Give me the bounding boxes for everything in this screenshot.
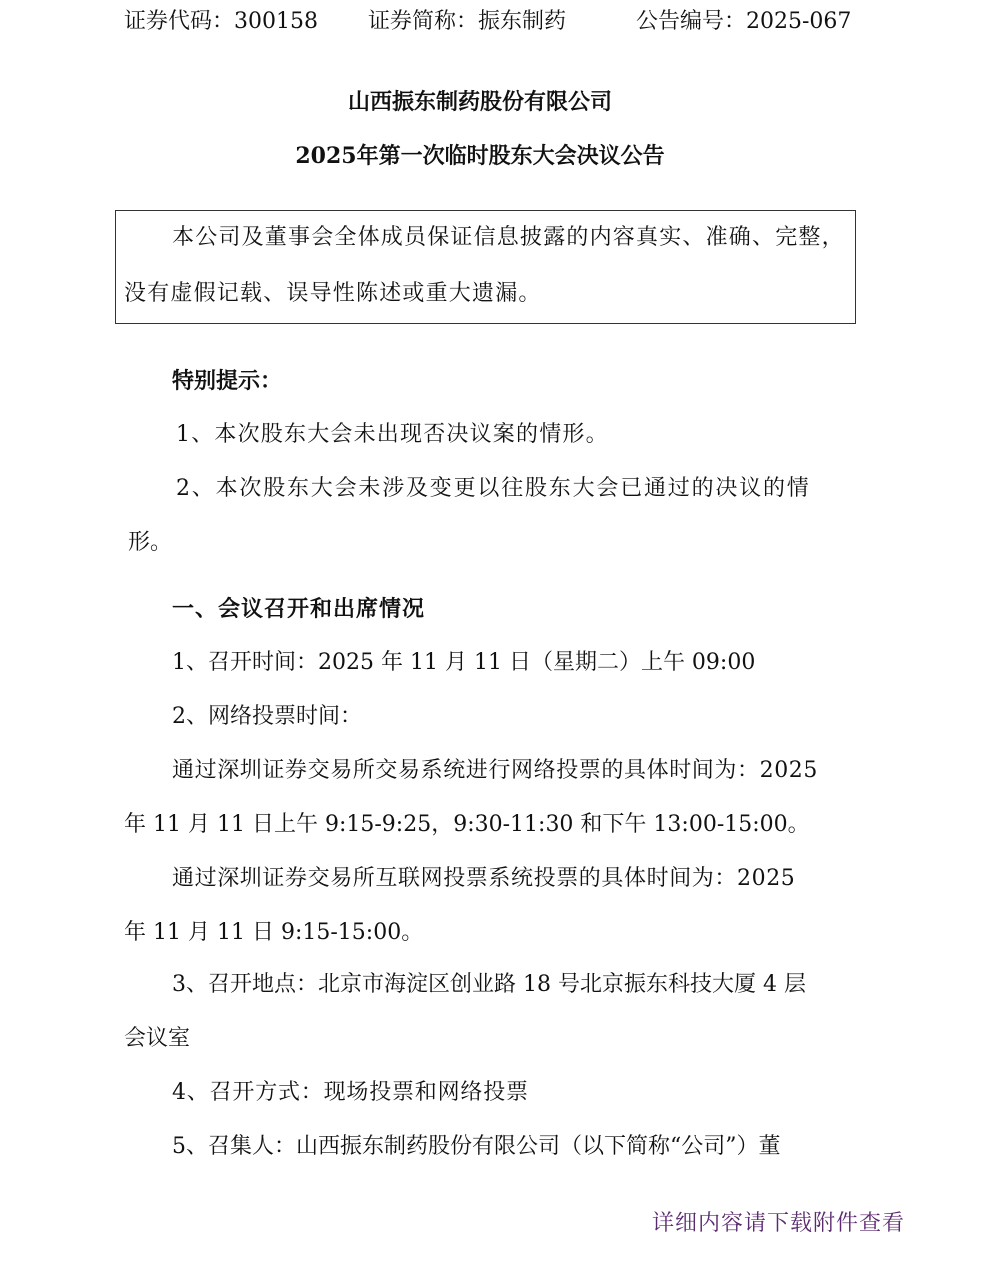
announcement-number: 公告编号：2025-067: [636, 6, 851, 38]
internet-voting-line-1: 通过深圳证券交易所互联网投票系统投票的具体时间为：2025: [172, 864, 795, 894]
download-attachment-link[interactable]: 详细内容请下载附件查看: [652, 1208, 905, 1240]
security-code: 证券代码：300158: [124, 6, 318, 38]
online-voting-time-label: 2、网络投票时间：: [172, 702, 362, 732]
special-notes-heading: 特别提示：: [172, 366, 282, 396]
disclosure-notice-box: 本公司及董事会全体成员保证信息披露的内容真实、准确、完整， 没有虚假记载、误导性…: [115, 210, 856, 324]
section-1-heading: 一、会议召开和出席情况: [172, 594, 425, 624]
special-note-2-line-1: 2、本次股东大会未涉及变更以往股东大会已通过的决议的情: [176, 474, 811, 504]
notice-line-1: 本公司及董事会全体成员保证信息披露的内容真实、准确、完整，: [172, 223, 845, 253]
meeting-location-line-1: 3、召开地点：北京市海淀区创业路 18 号北京振东科技大厦 4 层: [172, 970, 806, 1000]
security-name: 证券简称：振东制药: [368, 6, 566, 38]
meeting-method: 4、召开方式：现场投票和网络投票: [172, 1078, 529, 1108]
meeting-time: 1、召开时间：2025 年 11 月 11 日（星期二）上午 09:00: [172, 648, 755, 678]
special-note-2-line-2: 形。: [128, 528, 172, 558]
company-title: 山西振东制药股份有限公司: [0, 86, 960, 118]
internet-voting-line-2: 年 11 月 11 日 9:15-15:00。: [124, 918, 423, 948]
document-header: 证券代码：300158 证券简称：振东制药 公告编号：2025-067: [124, 6, 844, 38]
document-title: 2025年第一次临时股东大会决议公告: [0, 140, 960, 172]
notice-line-2: 没有虚假记载、误导性陈述或重大遗漏。: [124, 279, 542, 309]
convener-line-1: 5、召集人：山西振东制药股份有限公司（以下简称“公司”）董: [172, 1132, 781, 1162]
trading-system-voting-line-2: 年 11 月 11 日上午 9:15-9:25，9:30-11:30 和下午 1…: [124, 810, 810, 840]
special-note-1: 1、本次股东大会未出现否决议案的情形。: [176, 420, 609, 450]
trading-system-voting-line-1: 通过深圳证券交易所交易系统进行网络投票的具体时间为：2025: [172, 756, 818, 786]
meeting-location-line-2: 会议室: [124, 1024, 190, 1054]
